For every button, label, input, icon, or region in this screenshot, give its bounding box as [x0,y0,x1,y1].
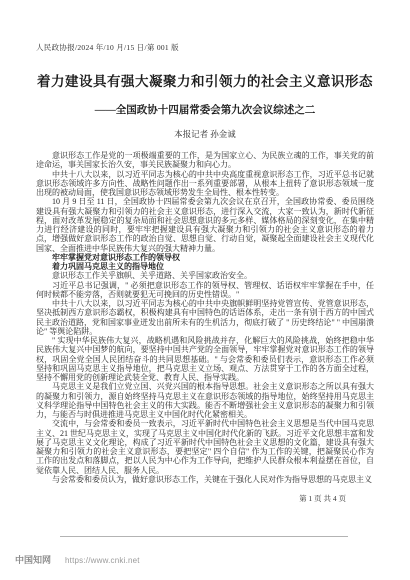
cnki-url: https://www.cnki.net [65,556,140,565]
document-page: 人民政协报/2024 年/10 月/15 日/第 001 版 着力建设具有强大凝… [0,0,410,580]
paragraph: 中共十八大以来，以习近平同志为核心的中共中央旗帜鲜明坚持党管宣传、党管意识形态，… [36,299,374,336]
section-heading: 着力巩固马克思主义的指导地位 [36,262,374,271]
article-subtitle: ——全国政协十四届常委会第九次会议综述之二 [36,102,374,117]
cnki-watermark: 中国知网 https://www.cnki.net [15,553,140,566]
paragraph: " 实现中华民族伟大复兴，战略机遇和风险挑战并存，化解巨大的风险挑战，始终把稳中… [36,336,374,382]
paragraph: 习近平总书记强调，" 必须把意识形态工作的领导权、管理权、话语权牢牢掌握在手中，… [36,281,374,300]
footer-divider [60,536,348,537]
section-heading: 牢牢掌握党对意识形态工作的领导权 [36,253,374,262]
publication-source-line: 人民政协报/2024 年/10 月/15 日/第 001 版 [36,0,374,53]
paragraph: 意识形态工作关乎旗帜、关乎道路、关乎国家政治安全。 [36,271,374,280]
paragraph: 马克思主义是我们立党立国、兴党兴国的根本指导思想。社会主义意识形态之所以具有强大… [36,382,374,419]
paragraph: 10 月 9 日至 11 日，全国政协十四届常委会第九次会议在京召开，全国政协常… [36,197,374,253]
article-body: 意识形态工作是党的一项极端重要的工作，是为国家立心、为民族立魂的工作，事关党的前… [36,151,374,484]
article-title: 着力建设具有强大凝聚力和引领力的社会主义意识形态 [36,70,374,90]
paragraph: 与会常委和委员认为，做好意识形态工作，关键在于强化人民对作为指导思想的马克思主义 [36,475,374,484]
paragraph: 交流中，与会常委和委员一致表示，习近平新时代中国特色社会主义思想是当代中国马克思… [36,419,374,475]
page-indicator: 第 1 页 共 4 页 [36,493,374,504]
paragraph: 意识形态工作是党的一项极端重要的工作，是为国家立心、为民族立魂的工作，事关党的前… [36,151,374,170]
article-byline: 本报记者 孙金诚 [36,128,374,140]
paragraph: 中共十八大以来，以习近平同志为核心的中共中央高度重视意识形态工作，习近平总书记就… [36,170,374,198]
cnki-logo-text: 中国知网 [15,553,51,566]
